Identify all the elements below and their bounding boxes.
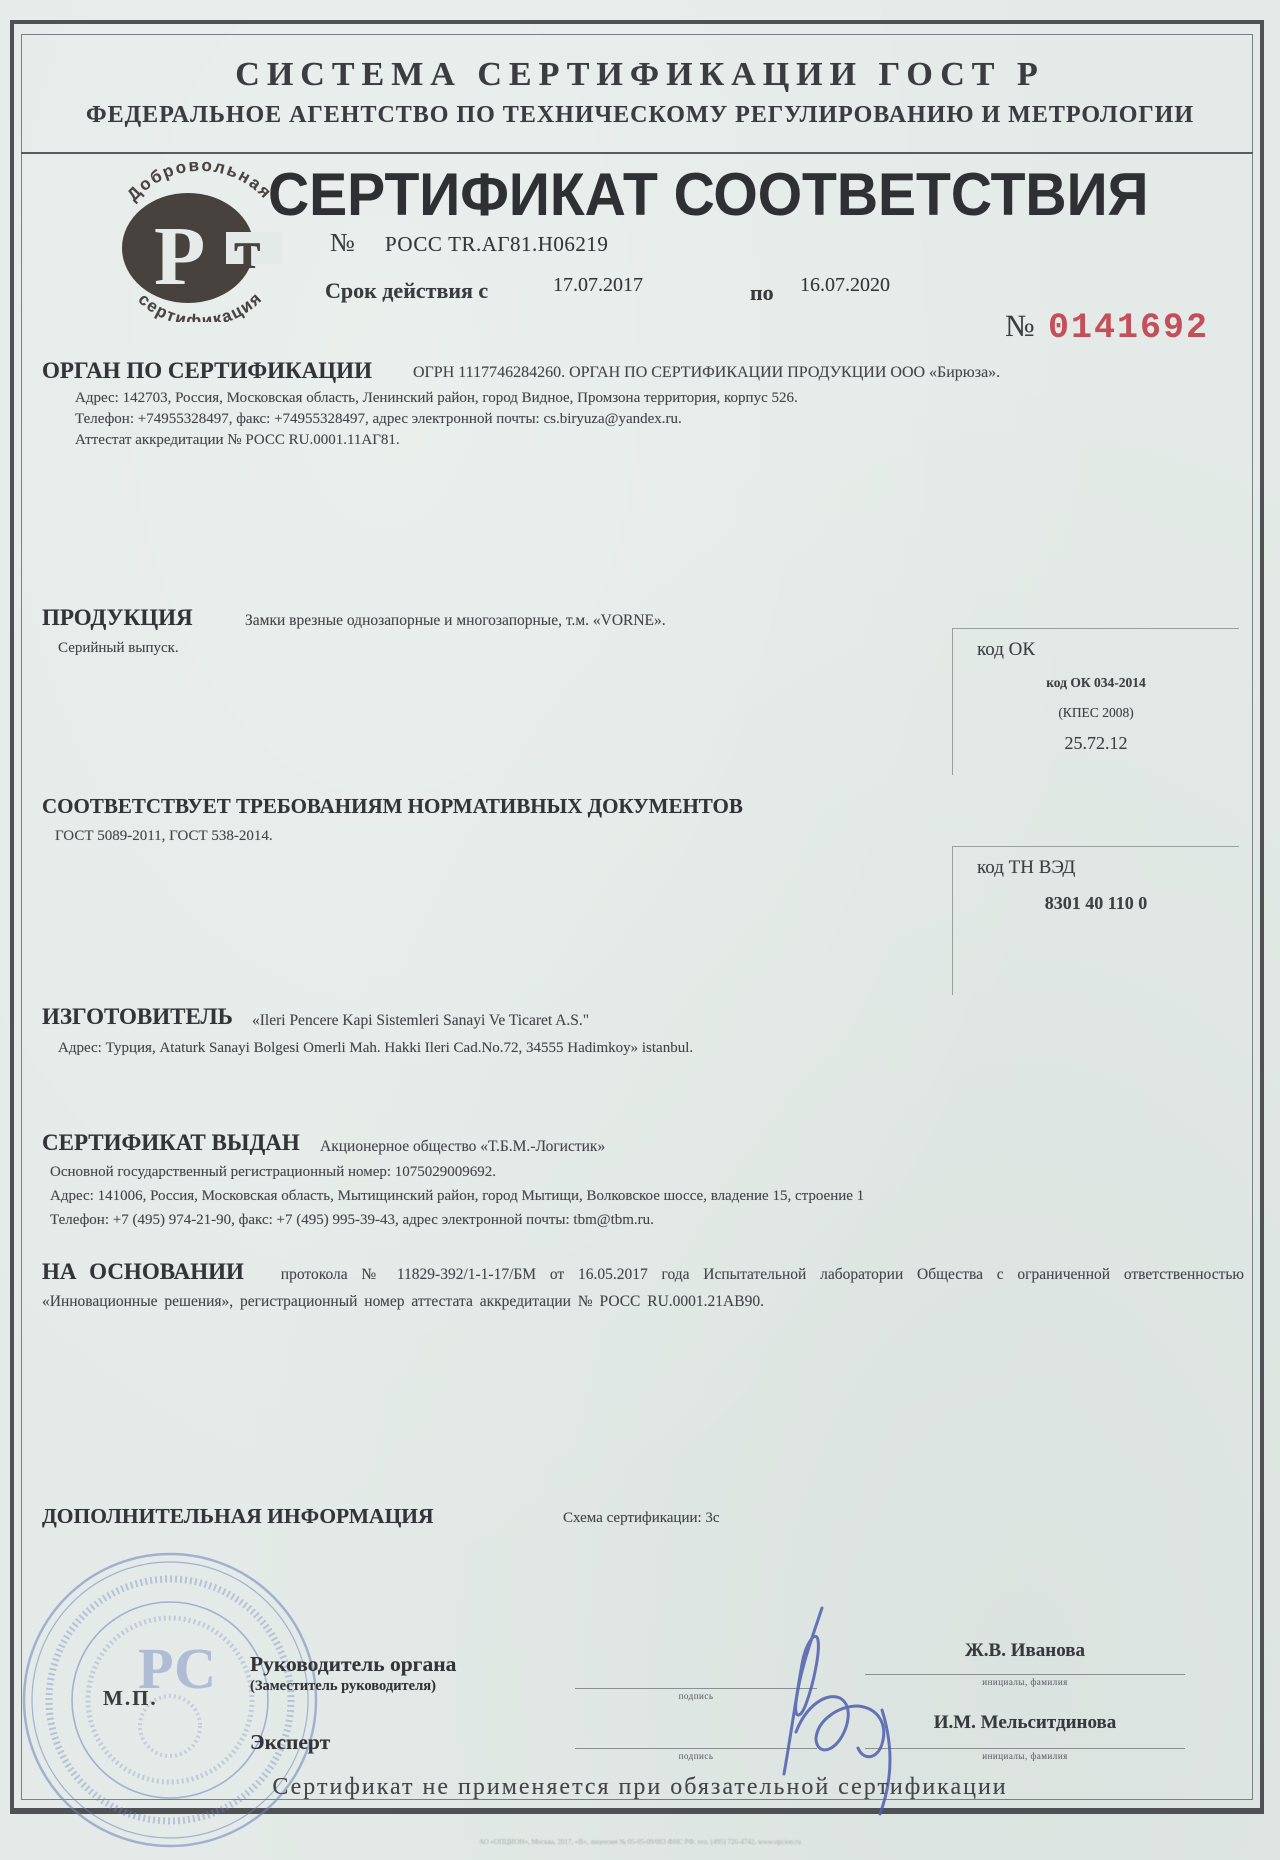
printer-imprint: АО «ОПЦИОН», Москва, 2017, «В», лицензия… (0, 1838, 1280, 1846)
code-tnved-box: код ТН ВЭД 8301 40 110 0 (952, 846, 1239, 995)
additional-info-text: Схема сертификации: 3с (563, 1510, 720, 1527)
certification-body-intro: ОГРН 1117746284260. ОРГАН ПО СЕРТИФИКАЦИ… (413, 364, 1000, 382)
valid-from-date: 17.07.2017 (553, 274, 643, 297)
system-title: СИСТЕМА СЕРТИФИКАЦИИ ГОСТ Р (0, 56, 1280, 94)
conformity-standards: ГОСТ 5089-2011, ГОСТ 538-2014. (55, 828, 273, 845)
valid-to-label: по (750, 280, 774, 306)
code-ok-value: 25.72.12 (953, 733, 1239, 754)
issued-to-name: Акционерное общество «Т.Б.М.-Логистик» (320, 1138, 605, 1156)
certificate-page: СИСТЕМА СЕРТИФИКАЦИИ ГОСТ Р ФЕДЕРАЛЬНОЕ … (0, 0, 1280, 1860)
basis-label: НА ОСНОВАНИИ (42, 1259, 244, 1284)
issued-to-ogrn: Основной государственный регистрационный… (50, 1164, 496, 1181)
certification-body-label: ОРГАН ПО СЕРТИФИКАЦИИ (42, 358, 372, 384)
issued-to-phone: Телефон: +7 (495) 974-21-90, факс: +7 (4… (50, 1212, 654, 1229)
manufacturer-address: Адрес: Турция, Ataturk Sanayi Bolgesi Om… (58, 1040, 693, 1057)
certification-body-accreditation: Аттестат аккредитации № РОСС RU.0001.11А… (75, 432, 400, 449)
bottom-note: Сертификат не применяется при обязательн… (0, 1774, 1280, 1801)
logo-letter-r: Р (154, 210, 205, 303)
valid-to-date: 16.07.2020 (800, 274, 890, 297)
round-stamp: РС (8, 1548, 338, 1860)
issued-to-label: СЕРТИФИКАТ ВЫДАН (42, 1130, 300, 1156)
code-ok-label: код ОК (977, 639, 1035, 661)
agency-title: ФЕДЕРАЛЬНОЕ АГЕНТСТВО ПО ТЕХНИЧЕСКОМУ РЕ… (0, 102, 1280, 129)
head-of-body-sublabel: (Заместитель руководителя) (250, 1678, 436, 1695)
product-description: Замки врезные однозапорные и многозапорн… (245, 612, 666, 630)
manufacturer-label: ИЗГОТОВИТЕЛЬ (42, 1004, 233, 1030)
conformity-label: СООТВЕТСТВУЕТ ТРЕБОВАНИЯМ НОРМАТИВНЫХ ДО… (42, 794, 743, 819)
round-stamp-graphic: РС (8, 1548, 338, 1860)
additional-info-label: ДОПОЛНИТЕЛЬНАЯ ИНФОРМАЦИЯ (42, 1504, 434, 1529)
issued-to-address: Адрес: 141006, Россия, Московская област… (50, 1188, 864, 1205)
code-tnved-value: 8301 40 110 0 (953, 893, 1239, 914)
basis-section: НА ОСНОВАНИИ протокола № 11829-392/1-1-1… (42, 1258, 1244, 1315)
code-ok-line2: (КПЕС 2008) (953, 705, 1239, 721)
number-label: № (330, 228, 355, 258)
certification-body-address: Адрес: 142703, Россия, Московская област… (75, 390, 798, 407)
certificate-title: СЕРТИФИКАТ СООТВЕТСТВИЯ (268, 160, 1149, 229)
blank-number: 0141692 (1048, 308, 1209, 348)
certificate-number: РОСС TR.АГ81.Н06219 (385, 232, 608, 257)
code-tnved-label: код ТН ВЭД (977, 857, 1075, 879)
product-issue-type: Серийный выпуск. (58, 640, 179, 657)
code-ok-box: код ОК код ОК 034-2014 (КПЕС 2008) 25.72… (952, 628, 1239, 775)
validity-label: Срок действия с (325, 278, 488, 304)
blank-number-label: № (1005, 308, 1035, 344)
logo-letter-t: т (234, 220, 261, 280)
product-label: ПРОДУКЦИЯ (42, 605, 193, 631)
manufacturer-name: «Ileri Pencere Kapi Sistemleri Sanayi Ve… (252, 1012, 589, 1030)
code-ok-line1: код ОК 034-2014 (953, 675, 1239, 691)
head-of-body-label: Руководитель органа (250, 1652, 456, 1677)
expert-label: Эксперт (250, 1730, 330, 1755)
stamp-place-label: М.П. (103, 1686, 158, 1711)
certification-body-phone: Телефон: +74955328497, факс: +7495532849… (75, 411, 682, 428)
